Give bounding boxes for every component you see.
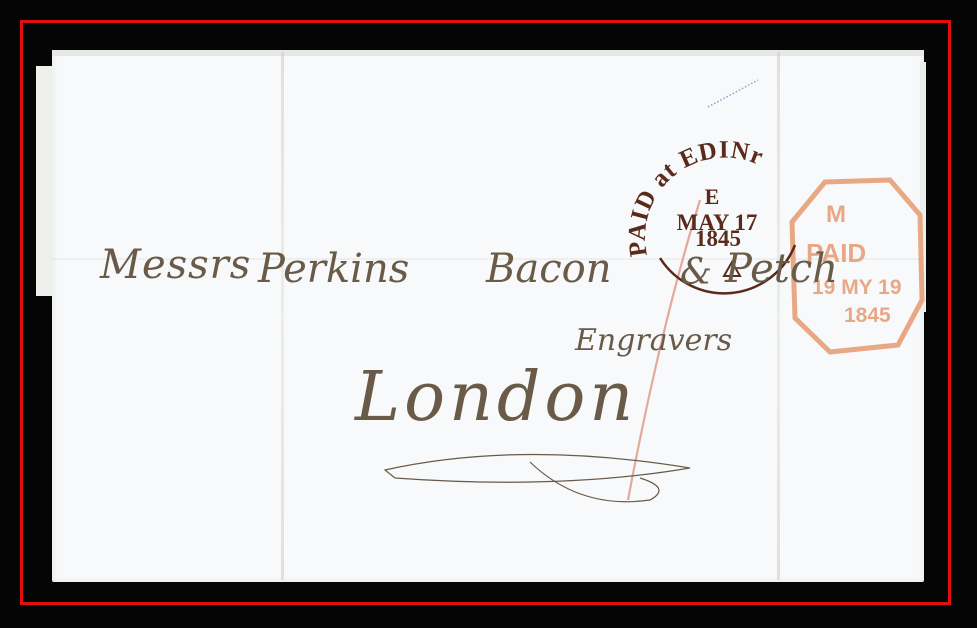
blue-pencil-mark: [708, 80, 758, 107]
address-petch: Petch: [724, 246, 838, 292]
address-ampersand: &: [680, 252, 712, 293]
handwritten-address: Messrs Perkins Bacon & Petch Engravers L…: [99, 242, 838, 502]
address-messrs: Messrs: [99, 242, 251, 288]
address-perkins: Perkins: [257, 246, 409, 292]
postmark2-year: 1845: [844, 304, 891, 327]
cover-ink-layer: M PAID 19 MY 19 1845 PAID at EDINr E MAY…: [0, 0, 977, 628]
address-occupation: Engravers: [574, 323, 732, 358]
datestamp-letter: E: [705, 184, 720, 209]
postmark2-letter: M: [826, 201, 846, 228]
address-city: London: [353, 358, 637, 437]
address-bacon: Bacon: [485, 246, 612, 292]
